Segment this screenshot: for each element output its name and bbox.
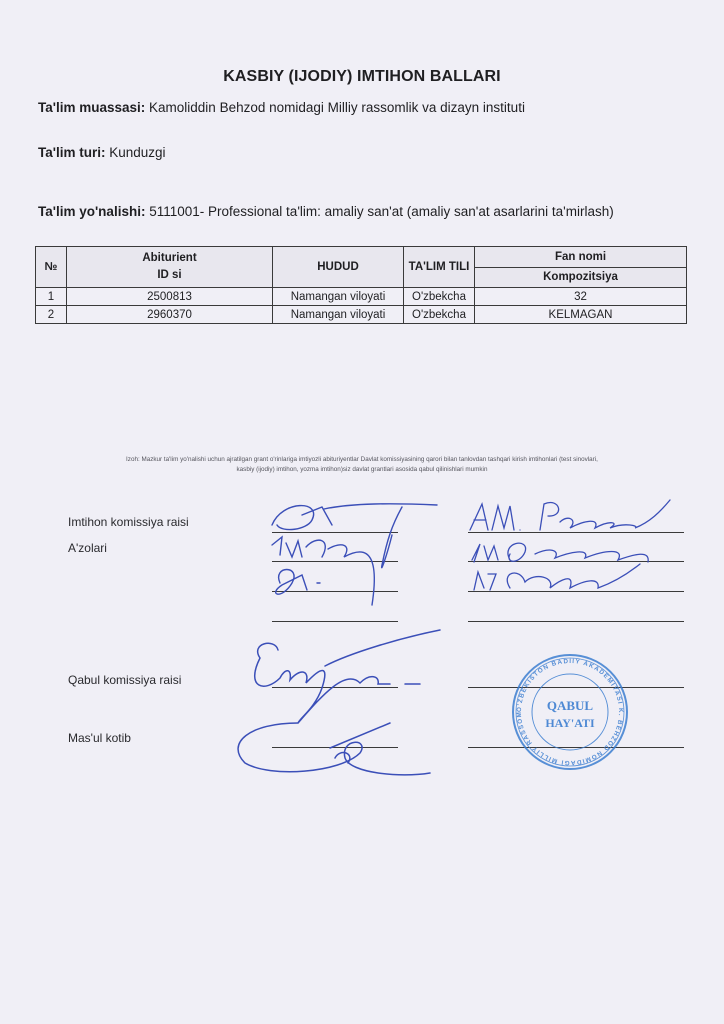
institution-value: Kamoliddin Behzod nomidagi Milliy rassom… (149, 100, 525, 115)
institution-label: Ta'lim muassasi: (38, 100, 145, 115)
signature-exam-chair-icon (262, 495, 442, 625)
signature-names-icon (460, 492, 690, 602)
study-type-label: Ta'lim turi: (38, 145, 105, 160)
direction-value: 5111001- Professional ta'lim: amaliy san… (149, 204, 614, 219)
cell-no: 2 (36, 306, 67, 324)
cell-region: Namangan viloyati (273, 306, 404, 324)
stamp-center-line1: QABUL (547, 698, 594, 713)
cell-score: KELMAGAN (475, 306, 687, 324)
stamp-icon: O'ZBEKISTON BADIIY AKADEMIYASI K. BEHZOD… (510, 652, 630, 772)
header-no: № (36, 247, 67, 288)
footnote-line2: kasbiy (ijodiy) imtihon, yozma imtihon)s… (36, 465, 688, 475)
document-title: KASBIY (IJODIY) IMTIHON BALLARI (0, 68, 724, 86)
exam-chair-label: Imtihon komissiya raisi (68, 515, 189, 529)
institution-field: Ta'lim muassasi: Kamoliddin Behzod nomid… (38, 100, 525, 115)
header-applicant-id-line1: Abiturient (142, 252, 196, 264)
cell-no: 1 (36, 288, 67, 306)
header-language: TA'LIM TILI (404, 247, 475, 288)
header-region: HUDUD (273, 247, 404, 288)
direction-label: Ta'lim yo'nalishi: (38, 204, 145, 219)
header-subject: Kompozitsiya (475, 267, 687, 288)
header-applicant-id: Abiturient ID si (67, 247, 273, 288)
direction-field: Ta'lim yo'nalishi: 5111001- Professional… (38, 204, 614, 219)
study-type-value: Kunduzgi (109, 145, 165, 160)
document-page: KASBIY (IJODIY) IMTIHON BALLARI Ta'lim m… (0, 0, 724, 1024)
footnote-line1: Izoh: Mazkur ta'lim yo'nalishi uchun ajr… (36, 455, 688, 465)
members-label: A'zolari (68, 541, 107, 555)
scores-table: № Abiturient ID si HUDUD TA'LIM TILI Fan… (35, 246, 687, 324)
header-subject-group: Fan nomi (475, 247, 687, 268)
admission-chair-label: Qabul komissiya raisi (68, 673, 181, 687)
table-row: 2 2960370 Namangan viloyati O'zbekcha KE… (36, 306, 687, 324)
name-line (468, 621, 684, 622)
table-row: 1 2500813 Namangan viloyati O'zbekcha 32 (36, 288, 687, 306)
cell-id: 2960370 (67, 306, 273, 324)
study-type-field: Ta'lim turi: Kunduzgi (38, 145, 166, 160)
signature-admission-icon (230, 628, 450, 778)
cell-id: 2500813 (67, 288, 273, 306)
header-applicant-id-line2: ID si (157, 269, 181, 281)
footnote: Izoh: Mazkur ta'lim yo'nalishi uchun ajr… (36, 455, 688, 475)
cell-score: 32 (475, 288, 687, 306)
secretary-label: Mas'ul kotib (68, 731, 131, 745)
cell-region: Namangan viloyati (273, 288, 404, 306)
cell-language: O'zbekcha (404, 288, 475, 306)
cell-language: O'zbekcha (404, 306, 475, 324)
stamp-center-line2: HAY'ATI (545, 716, 595, 730)
